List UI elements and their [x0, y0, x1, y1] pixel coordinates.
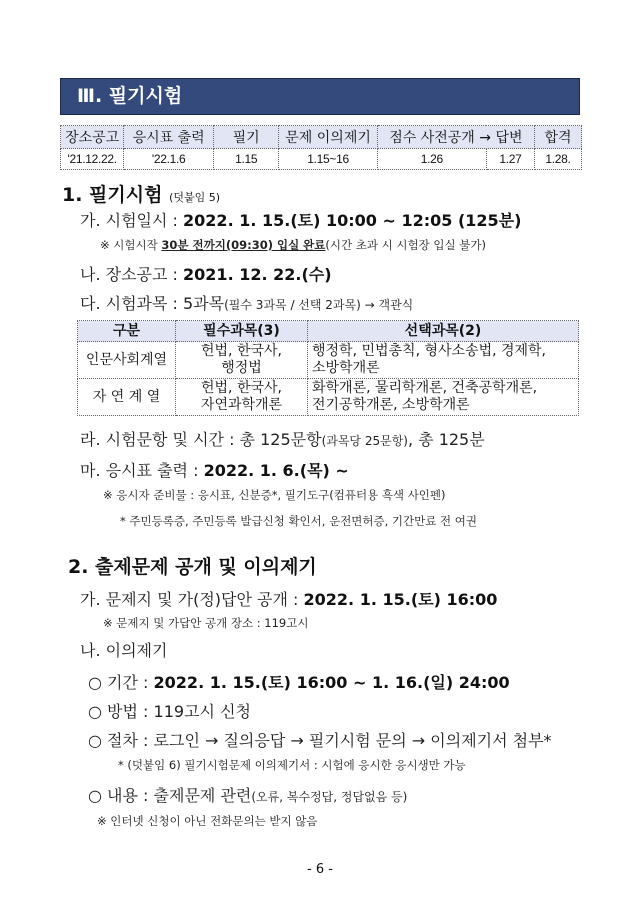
- item-value: 5과목: [183, 294, 224, 313]
- schedule-cell: '21.12.22.: [61, 149, 124, 170]
- text-line: 전기공학개론, 소방학개론: [312, 397, 574, 414]
- release-note: ※ 문제지 및 가답안 공개 장소 : 119고시: [103, 615, 308, 631]
- item-value: 2022. 1. 15.(토) 16:00 ~ 1. 16.(일) 24:00: [154, 673, 510, 692]
- id-note: * 주민등록증, 주민등록 발급신청 확인서, 운전면허증, 기간만료 전 여권: [120, 513, 477, 529]
- subject-header: 구분: [78, 321, 176, 342]
- question-count: 라. 시험문항 및 시간 : 총 125문항(과목당 25문항), 총 125분: [80, 427, 485, 450]
- text-line: 행정법: [180, 360, 303, 377]
- exam-subjects: 다. 시험과목 : 5과목(필수 3과목 / 선택 2과목) → 객관식: [80, 291, 413, 314]
- page-number: - 6 -: [0, 862, 640, 877]
- item-label: 가. 문제지 및 가(정)답안 공개 :: [80, 590, 298, 609]
- subject-table: 구분 필수과목(3) 선택과목(2) 인문사회계열 헌법, 한국사,행정법 행정…: [77, 320, 579, 416]
- item-detail: (오류, 복수정답, 정답없음 등): [251, 790, 407, 804]
- item-label: 다. 시험과목 :: [80, 294, 178, 313]
- objection-procedure: ○ 절차 : 로그인 → 질의응답 → 필기시험 문의 → 이의제기서 첨부*: [88, 728, 552, 751]
- schedule-cell: 1.28.: [535, 149, 582, 170]
- item-label: 나. 장소공고 :: [80, 265, 178, 284]
- subject-required: 헌법, 한국사,자연과학개론: [176, 379, 308, 416]
- item-value: 출제문제 관련: [154, 786, 252, 805]
- text-line: 자연과학개론: [180, 397, 303, 414]
- text-line: 행정학, 민법총칙, 형사소송법, 경제학,: [312, 343, 574, 360]
- objection-content: ○ 내용 : 출제문제 관련(오류, 복수정답, 정답없음 등): [88, 783, 407, 806]
- schedule-header: 합격: [535, 126, 582, 149]
- schedule-cell: 1.15: [213, 149, 279, 170]
- schedule-table: 장소공고 응시표 출력 필기 문제 이의제기 점수 사전공개 → 답변 합격 '…: [60, 125, 582, 170]
- item-label: ○ 방법 :: [88, 702, 148, 721]
- subject-category: 인문사회계열: [78, 342, 176, 379]
- subject-row: 자 연 계 열 헌법, 한국사,자연과학개론 화학개론, 물리학개론, 건축공학…: [78, 379, 579, 416]
- schedule-header: 장소공고: [61, 126, 124, 149]
- venue-notice: 나. 장소공고 : 2021. 12. 22.(수): [80, 262, 332, 285]
- phone-note: ※ 인터넷 신청이 아닌 전화문의는 받지 않음: [97, 813, 317, 829]
- entry-note: ※ 시험시작 30분 전까지(09:30) 입실 완료(시간 초과 시 시험장 …: [100, 237, 486, 253]
- text-line: 소방학개론: [312, 360, 574, 377]
- subject-elective: 행정학, 민법총칙, 형사소송법, 경제학,소방학개론: [308, 342, 579, 379]
- section-banner: Ⅲ. 필기시험: [60, 78, 580, 115]
- answer-release: 가. 문제지 및 가(정)답안 공개 : 2022. 1. 15.(토) 16:…: [80, 587, 497, 610]
- schedule-cell: 1.27: [486, 149, 534, 170]
- item-value: 2022. 1. 15.(토) 16:00: [304, 590, 498, 609]
- admission-print: 마. 응시표 출력 : 2022. 1. 6.(목) ~: [80, 458, 349, 481]
- subject-header: 선택과목(2): [308, 321, 579, 342]
- text-line: 화학개론, 물리학개론, 건축공학개론,: [312, 380, 574, 397]
- item-label: 라. 시험문항 및 시간 :: [80, 430, 234, 449]
- item-value: 119고시 신청: [154, 702, 251, 721]
- text-line: 헌법, 한국사,: [180, 343, 303, 360]
- objection-method: ○ 방법 : 119고시 신청: [88, 699, 251, 722]
- item-label: 마. 응시표 출력 :: [80, 461, 198, 480]
- section1-title: 1. 필기시험: [62, 184, 162, 206]
- subject-category: 자 연 계 열: [78, 379, 176, 416]
- item-label: 가. 시험일시 :: [80, 211, 178, 230]
- section1-title-note: (덧붙임 5): [169, 191, 220, 204]
- note-emphasis: 30분 전까지(09:30) 입실 완료: [161, 238, 325, 252]
- item-label: ○ 내용 :: [88, 786, 148, 805]
- subject-row: 인문사회계열 헌법, 한국사,행정법 행정학, 민법총칙, 형사소송법, 경제학…: [78, 342, 579, 379]
- item-value: 2022. 1. 6.(목) ~: [204, 461, 349, 480]
- objection-period: ○ 기간 : 2022. 1. 15.(토) 16:00 ~ 1. 16.(일)…: [88, 670, 510, 693]
- schedule-cell: 1.15~16: [279, 149, 377, 170]
- note-suffix: (시간 초과 시 시험장 입실 불가): [325, 238, 486, 252]
- item-value: 로그인 → 질의응답 → 필기시험 문의 → 이의제기서 첨부*: [154, 731, 552, 750]
- exam-datetime: 가. 시험일시 : 2022. 1. 15.(토) 10:00 ~ 12:05 …: [80, 208, 521, 231]
- procedure-note: * (덧붙임 6) 필기시험문제 이의제기서 : 시험에 응시한 응시생만 가능: [118, 757, 466, 773]
- schedule-header: 응시표 출력: [124, 126, 214, 149]
- schedule-header: 필기: [213, 126, 279, 149]
- item-value: 2022. 1. 15.(토) 10:00 ~ 12:05 (125분): [183, 211, 521, 230]
- schedule-header: 문제 이의제기: [279, 126, 377, 149]
- schedule-cell: '22.1.6: [124, 149, 214, 170]
- schedule-header: 점수 사전공개 → 답변: [377, 126, 534, 149]
- item-label: ○ 기간 :: [88, 673, 148, 692]
- supplies-note: ※ 응시자 준비물 : 응시표, 신분증*, 필기도구(컴퓨터용 흑색 사인펜): [103, 487, 446, 503]
- section1-heading: 1. 필기시험 (덧붙임 5): [62, 180, 220, 207]
- subject-required: 헌법, 한국사,행정법: [176, 342, 308, 379]
- objection-heading: 나. 이의제기: [80, 638, 167, 661]
- schedule-cell: 1.26: [377, 149, 486, 170]
- subject-elective: 화학개론, 물리학개론, 건축공학개론,전기공학개론, 소방학개론: [308, 379, 579, 416]
- item-detail: (필수 3과목 / 선택 2과목) → 객관식: [224, 298, 413, 312]
- note-prefix: ※ 시험시작: [100, 238, 161, 252]
- item-value: 2021. 12. 22.(수): [183, 265, 332, 284]
- item-value: 총 125문항: [240, 430, 322, 449]
- text-line: 헌법, 한국사,: [180, 380, 303, 397]
- subject-header: 필수과목(3): [176, 321, 308, 342]
- item-label: ○ 절차 :: [88, 731, 148, 750]
- section2-title: 2. 출제문제 공개 및 이의제기: [68, 552, 317, 579]
- item-detail: (과목당 25문항): [322, 434, 408, 448]
- item-value: , 총 125분: [408, 430, 485, 449]
